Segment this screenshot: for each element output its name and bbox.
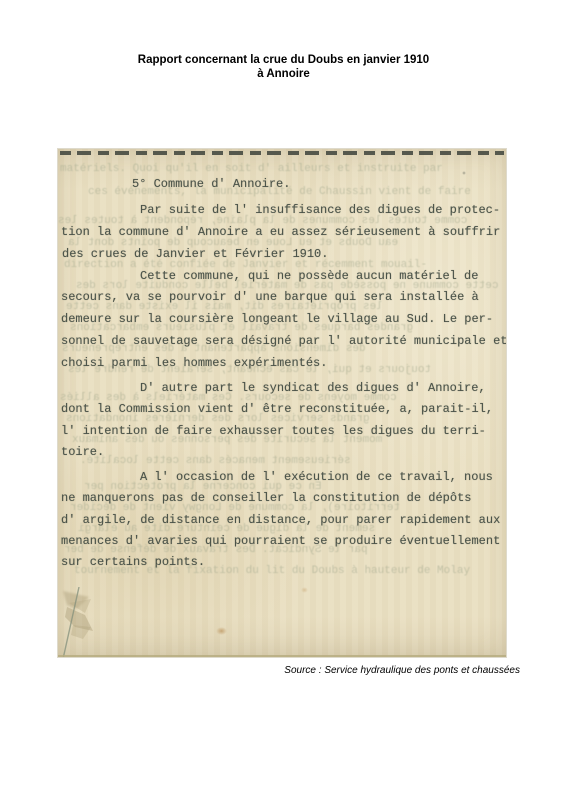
typewritten-line: demeure sur la coursière longeant le vil… [61, 313, 493, 326]
typewritten-line: l' intention de faire exhausser toutes l… [61, 425, 486, 438]
typewritten-line: secours, va se pourvoir d' une barque qu… [61, 291, 479, 304]
typewritten-line: A l' occasion de l' exécution de ce trav… [140, 471, 493, 484]
typewritten-line: toire. [61, 446, 104, 459]
ghost-bleedthrough-line: sérieusement menacés dans cette localité… [80, 455, 351, 467]
page-title: Rapport concernant la crue du Doubs en j… [0, 53, 567, 81]
page-title-line2: à Annoire [0, 67, 567, 81]
typewritten-line: des crues de Janvier et Février 1910. [62, 248, 328, 261]
typewritten-line: d' argile, de distance en distance, pour… [61, 514, 500, 527]
ghost-bleedthrough-line: matériels. Quoi qu'il en soit d' ailleur… [60, 163, 443, 175]
document-page: Rapport concernant la crue du Doubs en j… [0, 0, 567, 804]
typewritten-line: menances d' avaries qui pourraient se pr… [61, 535, 500, 548]
typewritten-line: D' autre part le syndicat des digues d' … [140, 382, 486, 395]
typewritten-line: Cette commune, qui ne possède aucun maté… [140, 270, 478, 283]
typewritten-line: sonnel de sauvetage sera désigné par l' … [61, 335, 506, 348]
stain-mark [58, 587, 125, 657]
typewritten-line: ne manquerons pas de conseiller la const… [61, 492, 471, 505]
source-caption: Source : Service hydraulique des ponts e… [284, 665, 520, 676]
dashed-rule [60, 151, 504, 155]
typewritten-line: dont la Commission vient d' être reconst… [61, 403, 493, 416]
typewritten-line: choisi parmi les hommes expérimentés. [61, 357, 327, 370]
scanned-document-image: matériels. Quoi qu'il en soit d' ailleur… [58, 149, 506, 657]
paper-stain-spot [301, 587, 308, 593]
typewritten-line: 5° Commune d' Annoire. [132, 178, 290, 191]
typewritten-line: Par suite de l' insuffisance des digues … [140, 204, 500, 217]
page-title-line1: Rapport concernant la crue du Doubs en j… [0, 53, 567, 67]
paper-stain-spot [462, 171, 466, 175]
paper-stain-spot [216, 627, 227, 635]
typewritten-line: sur certains points. [61, 556, 205, 569]
typewritten-line: tion la commune d' Annoire a eu assez sé… [61, 226, 500, 239]
